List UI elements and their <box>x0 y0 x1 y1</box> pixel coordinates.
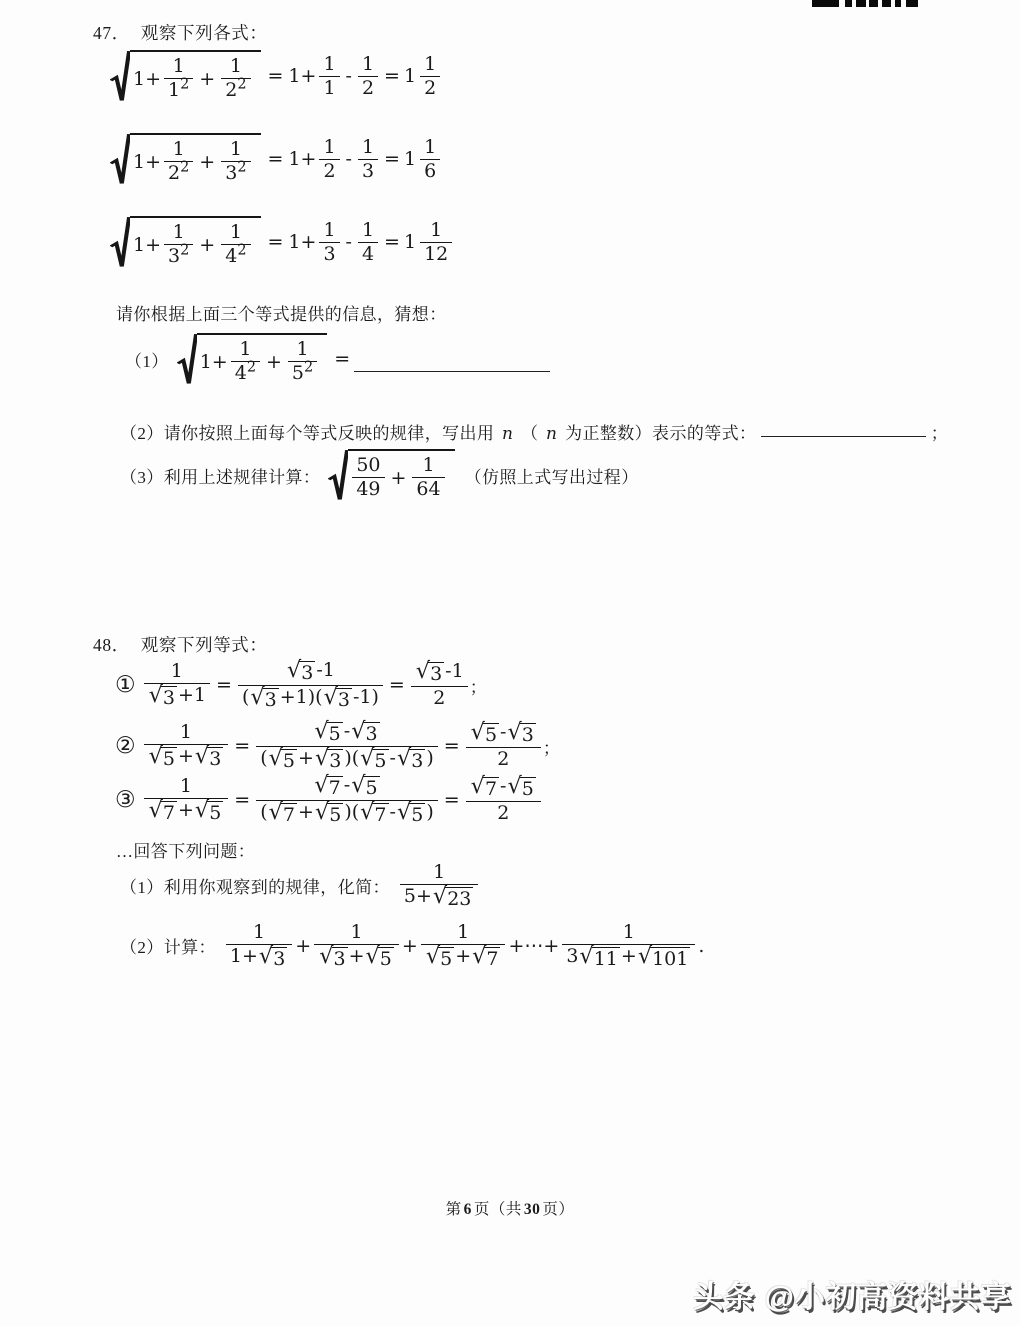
question-47-header: 47． 观察下列各式： <box>93 20 268 45</box>
math-token: - <box>344 720 350 742</box>
denominator: (√7+√5)(√7-√5) <box>256 801 438 826</box>
denominator: (√5+√3)(√5-√3) <box>256 747 438 772</box>
fraction: √7-√5 2 <box>466 776 541 824</box>
fraction: 1 22 <box>221 56 250 102</box>
denominator: √5+√7 <box>421 945 506 970</box>
math-token: + <box>199 234 215 256</box>
math-token: 1+ <box>288 231 316 253</box>
math-token: 1+ <box>133 151 161 173</box>
cutoff-black-blocks-icon <box>812 0 918 7</box>
radicand: 1+ 1 32 + 1 42 <box>130 216 261 269</box>
math-token: ； <box>543 734 560 759</box>
small-radical: √5 <box>507 777 535 800</box>
math-token: ( <box>260 747 267 769</box>
fraction: 1 32 <box>221 139 250 185</box>
sqrt-icon: √ <box>287 662 301 679</box>
denominator: (√3+1)(√3-1) <box>238 686 383 711</box>
math-token: 1+ <box>288 65 316 87</box>
fraction: √7-√5 (√7+√5)(√7-√5) <box>256 775 438 825</box>
part-text: 为正整数）表示的等式： <box>565 424 756 443</box>
numerator: √3-1 <box>411 661 468 687</box>
small-radical: √5 <box>195 801 223 824</box>
math-token: = <box>234 789 250 811</box>
radical: 1+ 1 42 + 1 52 <box>177 333 328 386</box>
q47-intro: 请你根据上面三个等式提供的信息，猜想： <box>116 300 447 325</box>
radicand: 5049 + 164 <box>348 449 454 502</box>
math-token: 5+ <box>404 885 432 907</box>
part-text: （ <box>521 424 538 443</box>
numerator: 1 <box>421 922 506 945</box>
fraction: √3-1 (√3+1)(√3-1) <box>238 660 383 710</box>
part-text: ； <box>931 424 948 443</box>
numerator: 1 <box>164 222 193 245</box>
numerator: 1 <box>319 137 339 160</box>
sqrt-icon: √ <box>433 888 447 905</box>
math-token: + <box>298 801 314 823</box>
numerator: √5-√3 <box>256 721 438 747</box>
numerator: 1 <box>226 922 292 945</box>
denominator: 32 <box>221 162 250 184</box>
small-radical: √5 <box>351 776 379 799</box>
small-radical: √5 <box>149 747 177 770</box>
q47-equation-3: 1+ 1 32 + 1 42 = 1+ 13 - 14 = 1 112 <box>110 216 454 269</box>
var-n: n <box>546 424 557 444</box>
sqrt-icon <box>110 216 130 269</box>
sqrt-icon <box>110 50 130 103</box>
fraction: 12 <box>319 137 339 183</box>
sqrt-icon: √ <box>269 750 283 767</box>
sqrt-icon: √ <box>360 804 374 821</box>
fraction: √5-√3 2 <box>466 722 541 770</box>
math-token: -1) <box>353 686 379 708</box>
math-token: 3 <box>168 245 180 267</box>
sqrt-icon: √ <box>315 750 329 767</box>
math-token: 1+ <box>288 148 316 170</box>
small-radical: √5 <box>360 749 388 772</box>
sqrt-icon: √ <box>471 724 485 741</box>
numerator: 1 <box>358 54 378 77</box>
small-radical: √7 <box>472 947 500 970</box>
radical: 1+ 1 12 + 1 22 <box>110 50 261 103</box>
small-radical: √5 <box>314 722 342 745</box>
math-token: - <box>500 721 506 743</box>
q48-equation-1: ① 1 √3+1 = √3-1 (√3+1)(√3-1) = √3-1 2 ； <box>115 660 487 710</box>
numerator: √7-√5 <box>256 775 438 801</box>
fraction: 1 52 <box>288 339 317 385</box>
sqrt-icon: √ <box>472 948 486 965</box>
q48-equation-3: ③ 1 √7+√5 = √7-√5 (√7+√5)(√7-√5) = √7-√5… <box>115 775 543 825</box>
math-token: 1+ <box>230 945 258 967</box>
math-token: )( <box>344 747 359 769</box>
fraction: 1 1+√3 <box>226 922 292 970</box>
math-token: 3 <box>566 945 578 967</box>
answer-blank <box>761 434 926 437</box>
page-total: 30 <box>524 1201 541 1218</box>
math-token: = <box>444 735 460 757</box>
math-token: +1 <box>178 684 206 706</box>
q47-part3: （3）利用上述规律计算： 5049 + 164 （仿照上式写出过程） <box>120 449 639 502</box>
numerator: 50 <box>352 455 384 478</box>
math-token: 1 <box>168 79 180 101</box>
small-radical: √3 <box>287 661 315 684</box>
small-radical: √3 <box>324 688 352 711</box>
math-token: 1 <box>404 148 416 170</box>
small-radical: √3 <box>259 947 287 970</box>
fraction: 1 42 <box>221 222 250 268</box>
fraction: 1 √5+√7 <box>421 922 506 970</box>
footer-text: 第 <box>446 1201 462 1218</box>
numerator: 1 <box>314 922 399 945</box>
math-token: = <box>384 148 400 170</box>
radical: 5049 + 164 <box>328 449 454 502</box>
math-token: 4 <box>235 362 247 384</box>
part-label: （1） <box>125 347 169 372</box>
q48-equation-2: ② 1 √5+√3 = √5-√3 (√5+√3)(√5-√3) = √5-√3… <box>115 721 560 771</box>
denominator: 12 <box>164 79 193 101</box>
math-token: = <box>334 348 350 370</box>
q48-part2: （2）计算： 1 1+√3 + 1 √3+√5 + 1 √5+√7 +⋯+ 1 … <box>120 922 705 970</box>
fraction: 1 √3+√5 <box>314 922 399 970</box>
math-token: 4 <box>225 245 237 267</box>
numerator: 1 <box>288 339 317 362</box>
denominator: 12 <box>420 243 452 265</box>
page-footer: 第6页（共30页） <box>0 1197 1020 1219</box>
circled-number: ③ <box>115 787 136 813</box>
small-radical: √5 <box>315 803 343 826</box>
math-token: 5 <box>292 362 304 384</box>
fraction: 12 <box>420 54 440 100</box>
numerator: 1 <box>221 56 250 79</box>
fraction: 1 12 <box>164 56 193 102</box>
math-token: 2 <box>225 79 237 101</box>
fraction: 1 √5+√3 <box>144 722 229 770</box>
numerator: 1 <box>358 220 378 243</box>
sqrt-icon: √ <box>638 948 652 965</box>
math-token: + <box>455 945 471 967</box>
small-radical: √3 <box>315 749 343 772</box>
exponent: 2 <box>247 360 256 376</box>
math-token: ( <box>260 801 267 823</box>
math-token: + <box>391 467 407 489</box>
numerator: 1 <box>231 339 260 362</box>
q48-part1: （1）利用你观察到的规律，化简： 1 5+√23 <box>120 862 480 910</box>
q47-part2: （2）请你按照上面每个等式反映的规律，写出用 n （ n 为正整数）表示的等式：… <box>120 419 948 444</box>
numerator: 1 <box>412 455 444 478</box>
denominator: 1+√3 <box>226 945 292 970</box>
exponent: 2 <box>180 243 189 259</box>
math-token: )( <box>344 801 359 823</box>
numerator: 1 <box>358 137 378 160</box>
radical: 1+ 1 32 + 1 42 <box>110 216 261 269</box>
fraction: 1 32 <box>164 222 193 268</box>
fraction: 1 √3+1 <box>144 661 210 709</box>
denominator: 3 <box>319 243 339 265</box>
math-token: - <box>390 747 396 769</box>
footer-text: 页） <box>542 1201 574 1218</box>
numerator: 1 <box>221 139 250 162</box>
radicand: 1+ 1 22 + 1 32 <box>130 133 261 186</box>
denominator: 6 <box>420 160 440 182</box>
small-radical: √5 <box>397 803 425 826</box>
numerator: 1 <box>420 54 440 77</box>
fraction: 1 22 <box>164 139 193 185</box>
numerator: 1 <box>562 922 695 945</box>
denominator: 42 <box>221 245 250 267</box>
numerator: √3-1 <box>238 660 383 686</box>
radicand: 1+ 1 42 + 1 52 <box>197 333 328 386</box>
q47-equation-1: 1+ 1 12 + 1 22 = 1+ 11 - 12 = 1 12 <box>110 50 442 103</box>
math-token: - <box>346 65 352 87</box>
fraction: 1 5+√23 <box>400 862 478 910</box>
denominator: 52 <box>288 362 317 384</box>
part-text: （仿照上式写出过程） <box>465 463 639 488</box>
circled-number: ① <box>115 672 136 698</box>
fraction: 164 <box>412 455 444 501</box>
numerator: 1 <box>400 862 478 885</box>
question-48-header: 48． 观察下列等式： <box>93 632 268 657</box>
q47-part1: （1） 1+ 1 42 + 1 52 = <box>125 333 550 386</box>
small-radical: √3 <box>416 662 444 685</box>
fraction: 14 <box>358 220 378 266</box>
math-token: ； <box>470 673 487 698</box>
math-token: 1+ <box>200 351 228 373</box>
watermark: 头条 @小初高资料共享 <box>693 1272 1012 1316</box>
numerator: 1 <box>144 776 229 799</box>
exponent: 2 <box>237 160 246 176</box>
small-radical: √7 <box>314 776 342 799</box>
math-token: +⋯+ <box>508 935 559 957</box>
sqrt-icon: √ <box>250 689 264 706</box>
denominator: 2 <box>466 748 541 770</box>
math-token: . <box>698 935 704 957</box>
small-radical: √3 <box>507 723 535 746</box>
fraction: 112 <box>420 220 452 266</box>
denominator: 2 <box>319 160 339 182</box>
small-radical: √3 <box>319 947 347 970</box>
math-token: ( <box>242 686 249 708</box>
math-token: 1 <box>404 65 416 87</box>
numerator: 1 <box>144 722 229 745</box>
fraction: 12 <box>358 54 378 100</box>
math-token: ) <box>426 747 433 769</box>
math-token: = <box>268 65 284 87</box>
exponent: 2 <box>304 360 313 376</box>
small-radical: √3 <box>351 722 379 745</box>
sqrt-icon: √ <box>351 723 365 740</box>
small-radical: √3 <box>397 749 425 772</box>
math-token: = <box>268 148 284 170</box>
fraction: 5049 <box>352 455 384 501</box>
math-token: = <box>389 674 405 696</box>
small-radical: √23 <box>433 887 473 910</box>
var-n: n <box>502 424 513 444</box>
sqrt-icon: √ <box>324 689 338 706</box>
math-token: = <box>384 231 400 253</box>
fraction: 1 3√11+√101 <box>562 922 695 970</box>
sqrt-icon: √ <box>507 778 521 795</box>
numerator: 1 <box>319 220 339 243</box>
denominator: 2 <box>420 77 440 99</box>
small-radical: √3 <box>250 688 278 711</box>
numerator: 1 <box>164 139 193 162</box>
small-radical: √101 <box>638 947 691 970</box>
fraction: 1 42 <box>231 339 260 385</box>
numerator: √5-√3 <box>466 722 541 748</box>
denominator: 3 <box>358 160 378 182</box>
small-radical: √11 <box>579 947 619 970</box>
part-label: （3）利用上述规律计算： <box>120 463 320 488</box>
answer-blank <box>354 371 550 372</box>
math-token: ) <box>426 801 433 823</box>
sqrt-icon: √ <box>315 804 329 821</box>
denominator: 42 <box>231 362 260 384</box>
question-title: 观察下列各式： <box>141 23 268 43</box>
sqrt-icon: √ <box>319 948 333 965</box>
denominator: 49 <box>352 478 384 500</box>
sqrt-icon: √ <box>351 777 365 794</box>
fraction: 1 √7+√5 <box>144 776 229 824</box>
small-radical: √7 <box>360 803 388 826</box>
circled-number: ② <box>115 733 136 759</box>
q47-equation-2: 1+ 1 22 + 1 32 = 1+ 12 - 13 = 1 16 <box>110 133 442 186</box>
math-token: + <box>178 799 194 821</box>
radicand: 1+ 1 12 + 1 22 <box>130 50 261 103</box>
math-token: 1+ <box>133 234 161 256</box>
sqrt-icon: √ <box>195 748 209 765</box>
math-token: = <box>268 231 284 253</box>
math-token: + <box>621 945 637 967</box>
denominator: 5+√23 <box>400 885 478 910</box>
sqrt-icon <box>110 133 130 186</box>
exponent: 2 <box>180 77 189 93</box>
sqrt-icon: √ <box>149 748 163 765</box>
small-radical: √3 <box>195 747 223 770</box>
math-token: + <box>402 935 418 957</box>
small-radical: √5 <box>471 723 499 746</box>
exponent: 2 <box>237 77 246 93</box>
worksheet-page: 47． 观察下列各式： 1+ 1 12 + 1 22 = 1+ 11 - 12 <box>0 0 1020 1326</box>
small-radical: √3 <box>149 686 177 709</box>
part-label: （1）利用你观察到的规律，化简： <box>120 873 390 898</box>
fraction: 13 <box>319 220 339 266</box>
numerator: 1 <box>420 137 440 160</box>
math-token: = <box>384 65 400 87</box>
math-token: +1)( <box>280 686 323 708</box>
exponent: 2 <box>237 243 246 259</box>
denominator: 32 <box>164 245 193 267</box>
denominator: 1 <box>319 77 339 99</box>
sqrt-icon: √ <box>471 778 485 795</box>
fraction: 13 <box>358 137 378 183</box>
fraction: 16 <box>420 137 440 183</box>
small-radical: √7 <box>149 801 177 824</box>
denominator: 2 <box>358 77 378 99</box>
denominator: 22 <box>164 162 193 184</box>
exponent: 2 <box>180 160 189 176</box>
question-number: 47． <box>93 23 130 43</box>
sqrt-icon: √ <box>397 804 411 821</box>
sqrt-icon: √ <box>416 663 430 680</box>
numerator: 1 <box>420 220 452 243</box>
radical: 1+ 1 22 + 1 32 <box>110 133 261 186</box>
denominator: 3√11+√101 <box>562 945 695 970</box>
footer-text: 页（共 <box>474 1201 522 1218</box>
math-token: - <box>346 231 352 253</box>
math-token: - <box>390 801 396 823</box>
math-token: + <box>199 151 215 173</box>
sqrt-icon: √ <box>397 750 411 767</box>
small-radical: √5 <box>366 947 394 970</box>
numerator: 1 <box>221 222 250 245</box>
denominator: √5+√3 <box>144 745 229 770</box>
math-token: = <box>444 789 460 811</box>
sqrt-icon: √ <box>579 948 593 965</box>
denominator: 2 <box>466 802 541 824</box>
sqrt-icon: √ <box>314 777 328 794</box>
sqrt-icon: √ <box>259 948 273 965</box>
numerator: 1 <box>164 56 193 79</box>
small-radical: √7 <box>471 777 499 800</box>
math-token: + <box>199 68 215 90</box>
math-token: -1 <box>316 659 335 681</box>
math-token: - <box>500 775 506 797</box>
math-token: -1 <box>445 660 464 682</box>
sqrt-icon: √ <box>149 687 163 704</box>
math-token: + <box>298 747 314 769</box>
sqrt-icon: √ <box>360 750 374 767</box>
math-token: + <box>295 935 311 957</box>
q48-outro: …回答下列问题： <box>116 837 255 862</box>
denominator: √3+1 <box>144 684 210 709</box>
small-radical: √5 <box>426 947 454 970</box>
page-number: 6 <box>464 1201 472 1218</box>
fraction: √5-√3 (√5+√3)(√5-√3) <box>256 721 438 771</box>
math-token: 1+ <box>133 68 161 90</box>
math-token: 2 <box>168 162 180 184</box>
sqrt-icon <box>177 333 197 386</box>
math-token: + <box>266 351 282 373</box>
math-token: = <box>234 735 250 757</box>
math-token: 3 <box>225 162 237 184</box>
fraction: 11 <box>319 54 339 100</box>
sqrt-icon: √ <box>195 802 209 819</box>
denominator: 2 <box>411 687 468 709</box>
denominator: √7+√5 <box>144 799 229 824</box>
small-radical: √7 <box>269 803 297 826</box>
fraction: √3-1 2 <box>411 661 468 709</box>
math-token: = <box>216 674 232 696</box>
question-number: 48． <box>93 635 130 655</box>
numerator: 1 <box>144 661 210 684</box>
denominator: 4 <box>358 243 378 265</box>
math-token: + <box>178 745 194 767</box>
sqrt-icon: √ <box>426 948 440 965</box>
numerator: 1 <box>319 54 339 77</box>
sqrt-icon: √ <box>366 948 380 965</box>
sqrt-icon <box>328 449 348 502</box>
math-token: 1 <box>404 231 416 253</box>
math-token: + <box>349 945 365 967</box>
question-title: 观察下列等式： <box>141 635 268 655</box>
sqrt-icon: √ <box>314 723 328 740</box>
sqrt-icon: √ <box>149 802 163 819</box>
denominator: 22 <box>221 79 250 101</box>
small-radical: √5 <box>269 749 297 772</box>
math-token: - <box>346 148 352 170</box>
part-label: （2）计算： <box>120 933 216 958</box>
numerator: √7-√5 <box>466 776 541 802</box>
denominator: √3+√5 <box>314 945 399 970</box>
